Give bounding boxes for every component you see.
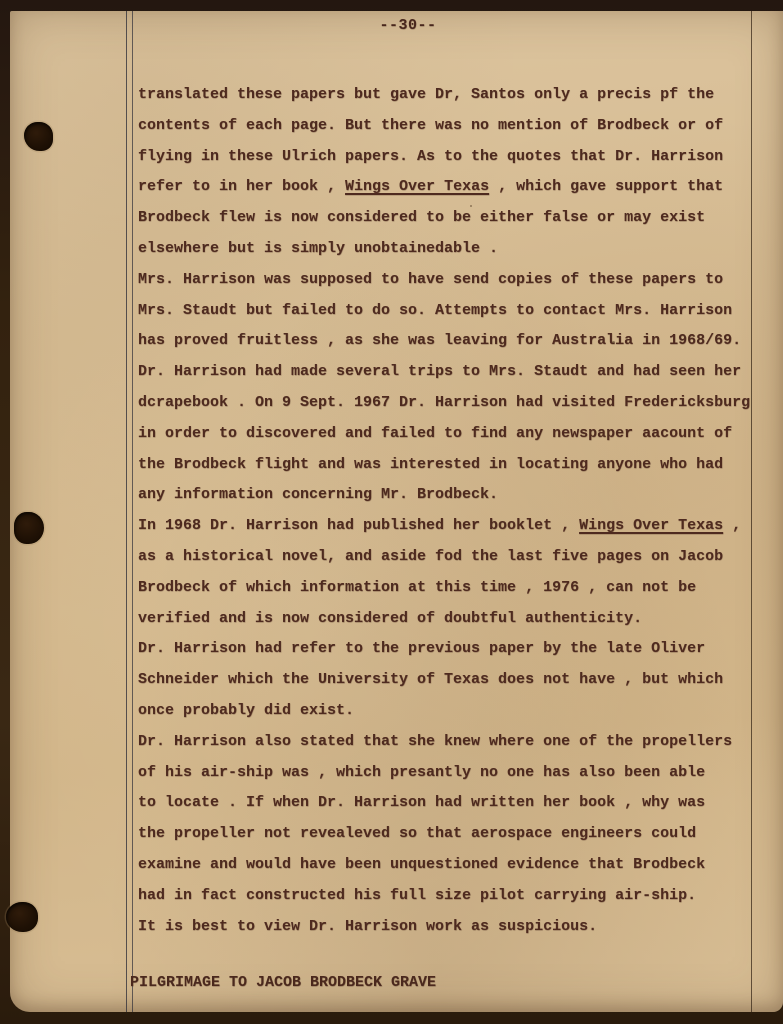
typed-line: as a historical novel, and aside fod the…	[138, 542, 763, 573]
typed-line: Brodbeck of which information at this ti…	[138, 573, 763, 604]
typed-segment: verified and is now considered of doubtf…	[138, 610, 642, 627]
typed-segment: to locate . If when Dr. Harrison had wri…	[138, 794, 705, 811]
paper-speck	[470, 205, 472, 207]
typed-segment: Mrs. Harrison was supposed to have send …	[138, 271, 723, 288]
typed-line: has proved fruitless , as she was leavin…	[138, 326, 763, 357]
typed-line: flying in these Ulrich papers. As to the…	[138, 142, 763, 173]
typed-line: elsewhere but is simply unobtainedable .	[138, 234, 763, 265]
footer-heading: PILGRIMAGE TO JACOB BRODBECK GRAVE	[130, 974, 436, 991]
left-margin-rule	[126, 11, 133, 1012]
typed-line: It is best to view Dr. Harrison work as …	[138, 912, 763, 943]
typed-segment: Brodbeck flew is now considered to be ei…	[138, 209, 705, 226]
typed-line: Schneider which the University of Texas …	[138, 665, 763, 696]
typed-line: translated these papers but gave Dr, San…	[138, 80, 763, 111]
typed-segment: flying in these Ulrich papers. As to the…	[138, 148, 723, 165]
typed-line: examine and would have been unquestioned…	[138, 850, 763, 881]
typed-segment: Dr. Harrison had made several trips to M…	[138, 363, 741, 380]
book-title-underlined: Wings Over Texas	[345, 178, 489, 195]
typed-text: translated these papers but gave Dr, San…	[138, 80, 763, 942]
typed-segment: It is best to view Dr. Harrison work as …	[138, 918, 597, 935]
typed-segment: of his air-ship was , which presantly no…	[138, 764, 705, 781]
typed-segment: translated these papers but gave Dr, San…	[138, 86, 714, 103]
typed-line: dcrapebook . On 9 Sept. 1967 Dr. Harriso…	[138, 388, 763, 419]
typed-line: Brodbeck flew is now considered to be ei…	[138, 203, 763, 234]
typed-segment: ,	[723, 517, 741, 534]
typed-line: to locate . If when Dr. Harrison had wri…	[138, 788, 763, 819]
typed-segment: has proved fruitless , as she was leavin…	[138, 332, 741, 349]
typed-line: Dr. Harrison also stated that she knew w…	[138, 727, 763, 758]
typed-line: once probably did exist.	[138, 696, 763, 727]
typed-segment: examine and would have been unquestioned…	[138, 856, 705, 873]
typed-line: of his air-ship was , which presantly no…	[138, 758, 763, 789]
typed-line: Dr. Harrison had refer to the previous p…	[138, 634, 763, 665]
typed-line: the propeller not revealeved so that aer…	[138, 819, 763, 850]
typed-segment: Brodbeck of which information at this ti…	[138, 579, 696, 596]
typed-line: refer to in her book , Wings Over Texas …	[138, 172, 763, 203]
typed-segment: In 1968 Dr. Harrison had published her b…	[138, 517, 579, 534]
paper-speck	[612, 341, 615, 344]
typed-line: the Brodbeck flight and was interested i…	[138, 450, 763, 481]
scanned-page: --30-- translated these papers but gave …	[0, 0, 783, 1024]
typed-segment: as a historical novel, and aside fod the…	[138, 548, 723, 565]
typed-segment: Dr. Harrison also stated that she knew w…	[138, 733, 732, 750]
punch-hole-middle	[14, 512, 44, 544]
typed-segment: Dr. Harrison had refer to the previous p…	[138, 640, 705, 657]
typed-segment: had in fact constructed his full size pi…	[138, 887, 696, 904]
typed-segment: elsewhere but is simply unobtainedable .	[138, 240, 498, 257]
typed-segment: , which gave support that	[489, 178, 723, 195]
typed-segment: once probably did exist.	[138, 702, 354, 719]
typed-segment: the Brodbeck flight and was interested i…	[138, 456, 723, 473]
typed-segment: Schneider which the University of Texas …	[138, 671, 723, 688]
typed-segment: dcrapebook . On 9 Sept. 1967 Dr. Harriso…	[138, 394, 750, 411]
typed-line: Dr. Harrison had made several trips to M…	[138, 357, 763, 388]
typed-segment: any information concerning Mr. Brodbeck.	[138, 486, 498, 503]
typed-line: Mrs. Staudt but failed to do so. Attempt…	[138, 296, 763, 327]
typed-segment: refer to in her book ,	[138, 178, 345, 195]
typed-line: In 1968 Dr. Harrison had published her b…	[138, 511, 763, 542]
typed-segment: the propeller not revealeved so that aer…	[138, 825, 696, 842]
punch-hole-bottom	[6, 902, 38, 932]
page-number: --30--	[0, 17, 783, 34]
typed-segment: Mrs. Staudt but failed to do so. Attempt…	[138, 302, 732, 319]
typed-line: in order to discovered and failed to fin…	[138, 419, 763, 450]
typed-line: had in fact constructed his full size pi…	[138, 881, 763, 912]
typed-line: Mrs. Harrison was supposed to have send …	[138, 265, 763, 296]
typed-line: any information concerning Mr. Brodbeck.	[138, 480, 763, 511]
punch-hole-top	[24, 122, 53, 151]
typed-segment: contents of each page. But there was no …	[138, 117, 723, 134]
typed-segment: in order to discovered and failed to fin…	[138, 425, 732, 442]
typed-line: verified and is now considered of doubtf…	[138, 604, 763, 635]
typed-line: contents of each page. But there was no …	[138, 111, 763, 142]
book-title-underlined: Wings Over Texas	[579, 517, 723, 534]
